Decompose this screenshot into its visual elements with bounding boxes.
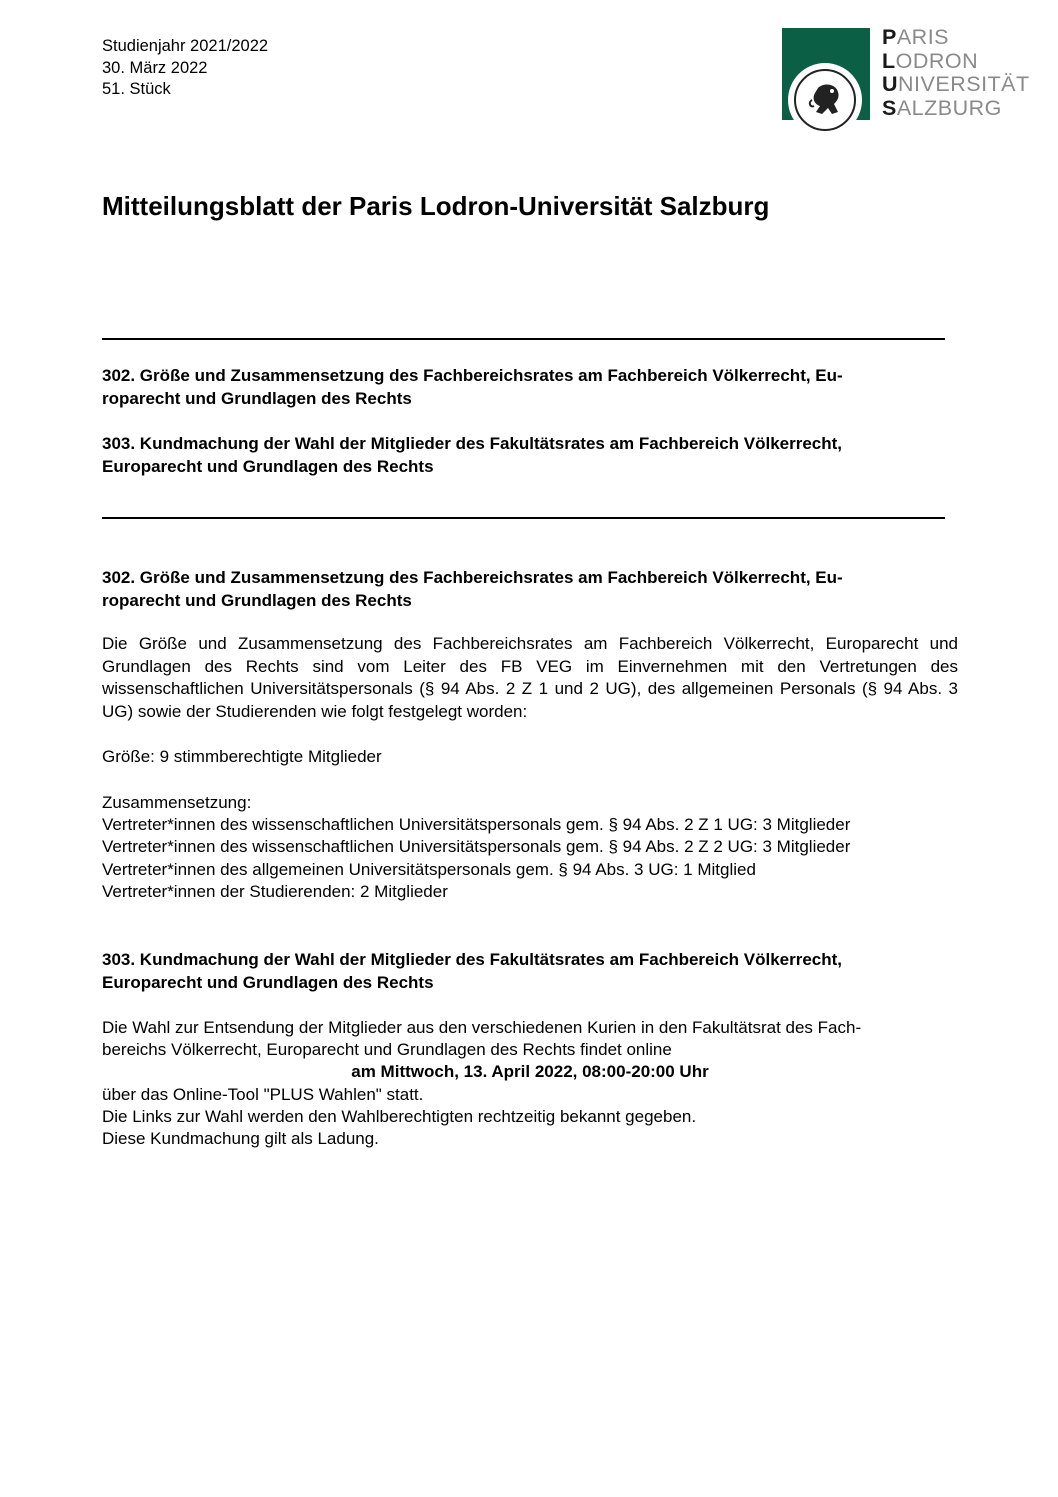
section-302-heading: 302. Größe und Zusammensetzung des Fachb…	[102, 566, 962, 612]
logo-line-1: PARIS	[882, 26, 1030, 50]
links-notice: Die Links zur Wahl werden den Wahlberech…	[102, 1106, 696, 1129]
issue-number: 51. Stück	[102, 79, 268, 101]
university-logo: PARIS LODRON UNIVERSITÄT SALZBURG	[782, 28, 1042, 128]
issue-date: 30. März 2022	[102, 58, 268, 80]
composition-item: Vertreter*innen des wissenschaftlichen U…	[102, 814, 850, 837]
summons-notice: Diese Kundmachung gilt als Ladung.	[102, 1128, 379, 1151]
toc-item-302: 302. Größe und Zusammensetzung des Fachb…	[102, 364, 962, 410]
section-302-size: Größe: 9 stimmberechtigte Mitglieder	[102, 746, 382, 769]
study-year: Studienjahr 2021/2022	[102, 36, 268, 58]
section-303-intro-line-1: Die Wahl zur Entsendung der Mitglieder a…	[102, 1017, 861, 1040]
lion-emblem-icon	[806, 80, 846, 120]
composition-item: Vertreter*innen der Studierenden: 2 Mitg…	[102, 881, 448, 904]
section-302-intro: Die Größe und Zusammensetzung des Fachbe…	[102, 633, 958, 723]
divider-top	[102, 338, 945, 340]
composition-item: Vertreter*innen des wissenschaftlichen U…	[102, 836, 850, 859]
composition-item: Vertreter*innen des allgemeinen Universi…	[102, 859, 756, 882]
election-date: am Mittwoch, 13. April 2022, 08:00-20:00…	[102, 1061, 958, 1084]
composition-label: Zusammensetzung:	[102, 792, 251, 815]
toc-item-303: 303. Kundmachung der Wahl der Mitglieder…	[102, 432, 962, 478]
online-tool-line: über das Online-Tool "PLUS Wahlen" statt…	[102, 1084, 423, 1107]
issue-meta: Studienjahr 2021/2022 30. März 2022 51. …	[102, 36, 268, 101]
logo-line-2: LODRON	[882, 50, 1030, 74]
divider-bottom	[102, 517, 945, 519]
section-303-heading: 303. Kundmachung der Wahl der Mitglieder…	[102, 948, 962, 994]
section-303-intro-line-2: bereichs Völkerrecht, Europarecht und Gr…	[102, 1039, 672, 1062]
logo-wordmark: PARIS LODRON UNIVERSITÄT SALZBURG	[882, 26, 1030, 120]
document-title: Mitteilungsblatt der Paris Lodron-Univer…	[102, 191, 769, 222]
logo-line-4: SALZBURG	[882, 97, 1030, 121]
logo-line-3: UNIVERSITÄT	[882, 73, 1030, 97]
